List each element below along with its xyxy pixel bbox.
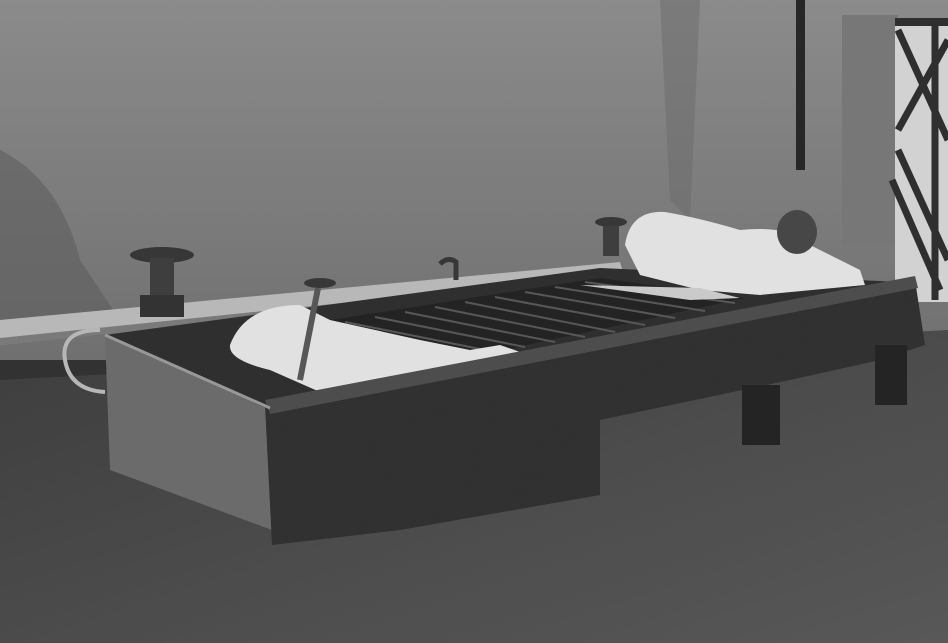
- photo-scene: [0, 0, 948, 643]
- photograph: [0, 0, 948, 643]
- film-grain: [0, 0, 948, 643]
